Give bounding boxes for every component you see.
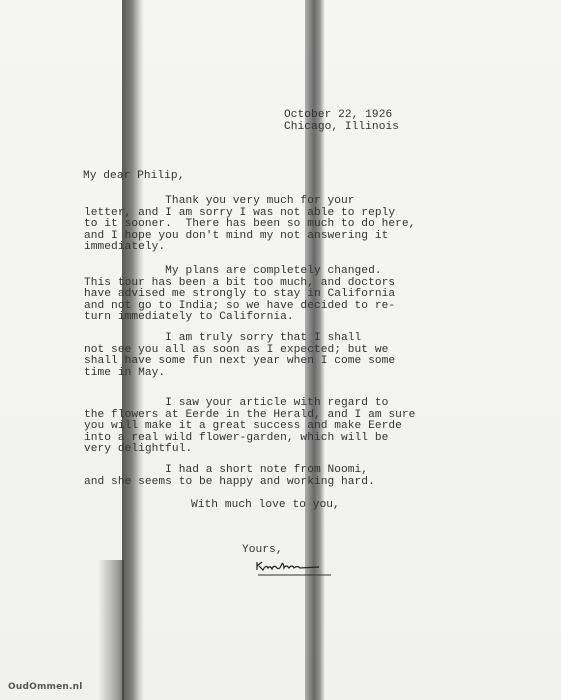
letter-date: October 22, 1926 <box>284 109 392 121</box>
paragraph-2: My plans are completely changed. This to… <box>84 266 395 324</box>
paragraph-3: I am truly sorry that I shall not see yo… <box>84 333 395 379</box>
sign-off: Yours, <box>242 545 283 557</box>
paragraph-1: Thank you very much for your letter, and… <box>84 196 415 254</box>
handwritten-signature <box>253 556 333 578</box>
paragraph-4: I saw your article with regard to the fl… <box>84 398 415 456</box>
letter-dateline: October 22, 1926 Chicago, Illinois <box>284 110 399 133</box>
paragraph-5: I had a short note from Noomi, and she s… <box>84 465 375 488</box>
letter-page: October 22, 1926 Chicago, Illinois My de… <box>0 0 561 700</box>
closing: With much love to you, <box>191 500 340 512</box>
watermark-logo: OudOmmen.nl <box>8 682 83 692</box>
salutation: My dear Philip, <box>83 171 184 183</box>
fold-shadow-bottom <box>98 560 124 700</box>
letter-place: Chicago, Illinois <box>284 121 399 133</box>
